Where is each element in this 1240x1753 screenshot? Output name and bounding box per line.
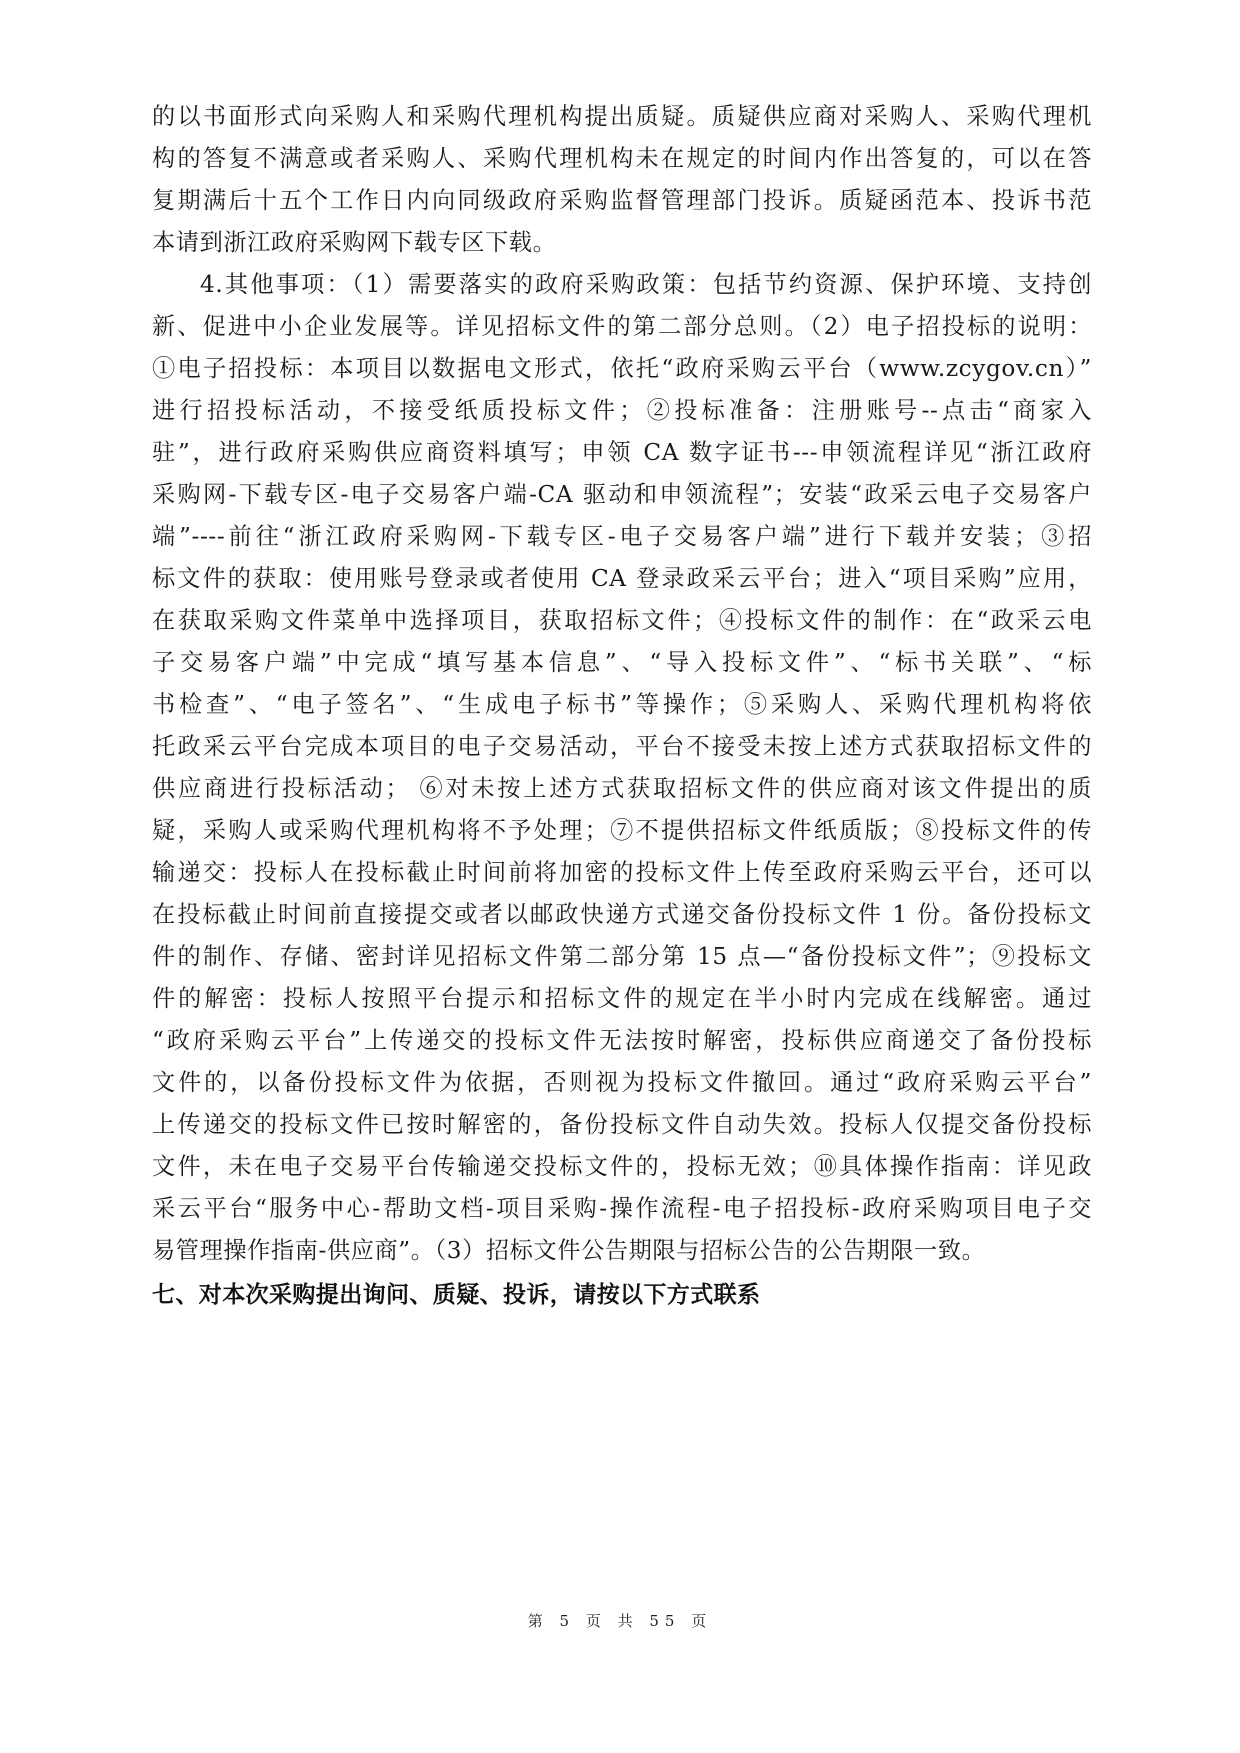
text-line: 的以书面形式向采购人和采购代理机构提出质疑。质疑供应商对采购人、采购代理机 [152, 96, 1092, 138]
text-line: 子交易客户端”中完成“填写基本信息”、“导入投标文件”、“标书关联”、“标 [152, 642, 1092, 684]
text-line: 标文件的获取：使用账号登录或者使用 CA 登录政采云平台；进入“项目采购”应用， [152, 558, 1092, 600]
text-line: 新、促进中小企业发展等。详见招标文件的第二部分总则。（2）电子招投标的说明： [152, 306, 1092, 348]
page-number-label: 第 5 页 共 55 页 [528, 1612, 712, 1630]
text-line: 驻”，进行政府采购供应商资料填写；申领 CA 数字证书---申领流程详见“浙江政… [152, 432, 1092, 474]
text-line: 疑，采购人或采购代理机构将不予处理；⑦不提供招标文件纸质版；⑧投标文件的传 [152, 810, 1092, 852]
section-heading: 七、对本次采购提出询问、质疑、投诉，请按以下方式联系 [152, 1272, 1092, 1318]
text-line: 构的答复不满意或者采购人、采购代理机构未在规定的时间内作出答复的，可以在答 [152, 138, 1092, 180]
text-line: 供应商进行投标活动； ⑥对未按上述方式获取招标文件的供应商对该文件提出的质 [152, 768, 1092, 810]
text-line: 4.其他事项：（1）需要落实的政府采购政策：包括节约资源、保护环境、支持创 [152, 264, 1092, 306]
paragraph-complaint-procedure: 的以书面形式向采购人和采购代理机构提出质疑。质疑供应商对采购人、采购代理机 构的… [152, 96, 1092, 264]
text-line: 文件的，以备份投标文件为依据，否则视为投标文件撤回。通过“政府采购云平台” [152, 1062, 1092, 1104]
text-line: 输递交：投标人在投标截止时间前将加密的投标文件上传至政府采购云平台，还可以 [152, 852, 1092, 894]
text-line: 件的制作、存储、密封详见招标文件第二部分第 15 点—“备份投标文件”；⑨投标文 [152, 936, 1092, 978]
text-line: ①电子招投标：本项目以数据电文形式，依托“政府采购云平台（www.zcygov.… [152, 348, 1092, 390]
text-line: 易管理操作指南-供应商”。（3）招标文件公告期限与招标公告的公告期限一致。 [152, 1230, 1092, 1272]
text-line: 复期满后十五个工作日内向同级政府采购监督管理部门投诉。质疑函范本、投诉书范 [152, 180, 1092, 222]
text-line: 书检查”、“电子签名”、“生成电子标书”等操作；⑤采购人、采购代理机构将依 [152, 684, 1092, 726]
page-footer: 第 5 页 共 55 页 [0, 1610, 1240, 1631]
text-line: 在投标截止时间前直接提交或者以邮政快递方式递交备份投标文件 1 份。备份投标文 [152, 894, 1092, 936]
document-page: 的以书面形式向采购人和采购代理机构提出质疑。质疑供应商对采购人、采购代理机 构的… [0, 0, 1240, 1753]
text-line: 文件，未在电子交易平台传输递交投标文件的，投标无效；⑩具体操作指南：详见政 [152, 1146, 1092, 1188]
text-line: 采云平台“服务中心-帮助文档-项目采购-操作流程-电子招投标-政府采购项目电子交 [152, 1188, 1092, 1230]
text-line: 件的解密：投标人按照平台提示和招标文件的规定在半小时内完成在线解密。通过 [152, 978, 1092, 1020]
body-text: 的以书面形式向采购人和采购代理机构提出质疑。质疑供应商对采购人、采购代理机 构的… [152, 96, 1092, 1318]
paragraph-other-matters: 4.其他事项：（1）需要落实的政府采购政策：包括节约资源、保护环境、支持创 新、… [152, 264, 1092, 1272]
text-line: 托政采云平台完成本项目的电子交易活动，平台不接受未按上述方式获取招标文件的 [152, 726, 1092, 768]
text-line: 上传递交的投标文件已按时解密的，备份投标文件自动失效。投标人仅提交备份投标 [152, 1104, 1092, 1146]
text-line: 本请到浙江政府采购网下载专区下载。 [152, 222, 1092, 264]
text-line: 进行招投标活动，不接受纸质投标文件；②投标准备：注册账号--点击“商家入 [152, 390, 1092, 432]
text-line: 在获取采购文件菜单中选择项目，获取招标文件；④投标文件的制作：在“政采云电 [152, 600, 1092, 642]
text-line: 采购网-下载专区-电子交易客户端-CA 驱动和申领流程”；安装“政采云电子交易客… [152, 474, 1092, 516]
text-line: “政府采购云平台”上传递交的投标文件无法按时解密，投标供应商递交了备份投标 [152, 1020, 1092, 1062]
text-line: 端”----前往“浙江政府采购网-下载专区-电子交易客户端”进行下载并安装；③招 [152, 516, 1092, 558]
